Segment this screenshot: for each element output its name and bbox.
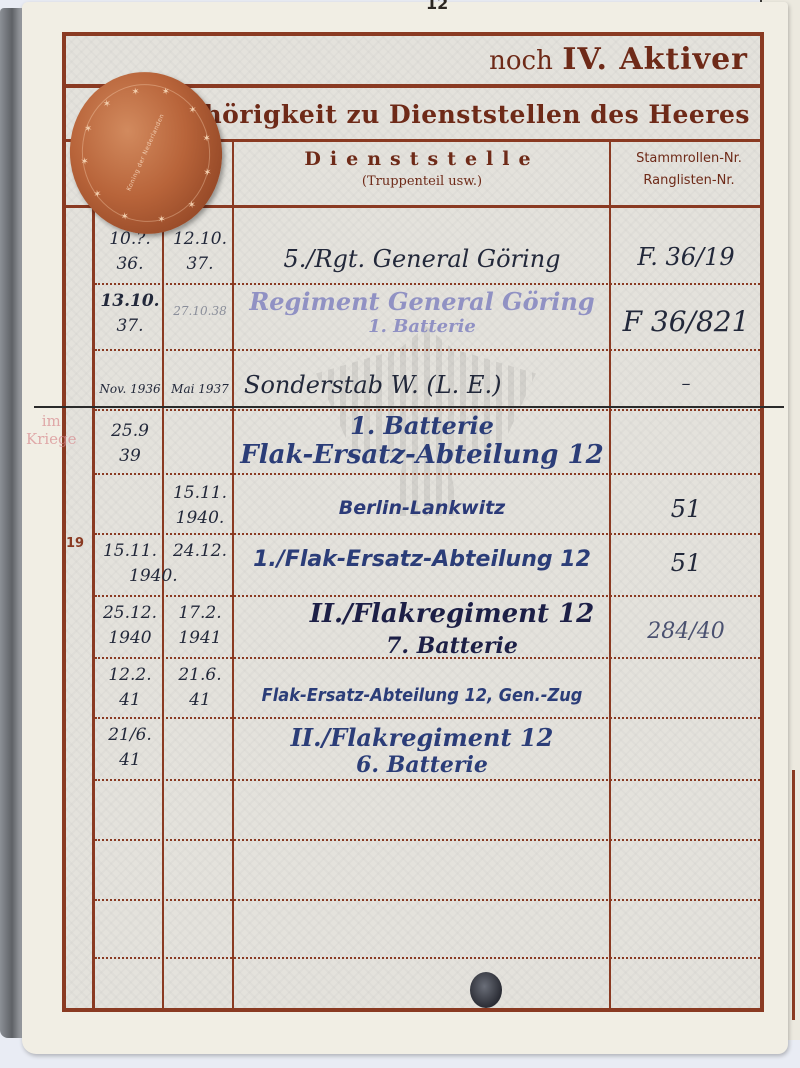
adjacent-page-frame-line (792, 770, 795, 1020)
table-row: 25.12. 1940 17.2. 1941 II./Flakregiment … (95, 597, 760, 659)
stamp-batterie: 7. Batterie (296, 633, 608, 659)
from-date: 12.2. 41 (99, 659, 161, 717)
header-dienststelle-label: Dienststelle (236, 148, 608, 170)
coin-star-icon: ✶ (93, 189, 103, 201)
nr-value: F. 36/19 (637, 243, 734, 271)
coin-star-icon: ✶ (120, 211, 130, 223)
from-date-line1: 12.2. (99, 663, 161, 688)
war-stamp-line2: Kriege (26, 430, 77, 448)
stammrollen-nr (611, 659, 761, 717)
to-date: 24.12. (169, 535, 231, 595)
from-date-line2: 41 (99, 748, 161, 773)
stammrollen-nr (611, 411, 761, 473)
section-title-main: IV. Aktiver (562, 42, 748, 77)
coin-star-icon: ✶ (203, 167, 213, 179)
page-number: 12 (426, 0, 448, 13)
stammrollen-nr: F. 36/19 (611, 211, 761, 283)
from-date: 25.9 39 (99, 411, 161, 473)
section-title: noch IV. Aktiver (489, 42, 748, 77)
dienststelle-handwritten: 5./Rgt. General Göring (236, 245, 608, 273)
from-date-line2: 41 (99, 688, 161, 713)
table-row-empty (95, 901, 760, 959)
stamp-batterie: 1. Batterie (236, 411, 608, 440)
header-dienststelle-sublabel: (Truppenteil usw.) (236, 174, 608, 189)
stamp-regiment: II./Flakregiment 12 (296, 599, 608, 629)
dienststelle-stamp: Regiment General Göring 1. Batterie (236, 285, 608, 349)
stamp-abteilung: 1./Flak-Ersatz-Abteilung 12 (236, 547, 608, 572)
ruled-pencil-line (34, 406, 784, 408)
from-date-line1: Nov. 1936 (99, 377, 161, 402)
stamp-batterie: 6. Batterie (236, 752, 608, 778)
from-date-line2: 36. (99, 252, 161, 277)
section-subtitle: hörigkeit zu Dienststellen des Heeres (204, 100, 751, 129)
dienststelle-stamp: 1. Batterie Flak-Ersatz-Abteilung 12 (236, 411, 608, 473)
from-date-line1: 21/6. (99, 723, 161, 748)
stamp-abteilung-zug: Flak-Ersatz-Abteilung 12, Gen.-Zug (236, 685, 608, 706)
from-date-line2: 37. (99, 314, 161, 339)
dienststelle-stamp: Berlin-Lankwitz (236, 475, 608, 533)
table-row: 21/6. 41 II./Flakregiment 12 6. Batterie (95, 719, 760, 781)
table-row: 25.9 39 1. Batterie Flak-Ersatz-Abteilun… (95, 411, 760, 475)
coin-star-icon: ✶ (102, 98, 112, 110)
to-date-line1: 15.11. (169, 481, 231, 506)
from-date-line1: 13.10. (99, 289, 161, 314)
stammrollen-nr: F 36/821 (611, 285, 761, 349)
from-date-line1: 15.11. (99, 539, 161, 564)
dienststelle-handwritten: Sonderstab W. (L. E.) (244, 371, 608, 399)
punch-hole (470, 972, 502, 1008)
table-row: 10.?. 36. 12.10. 37. 5./Rgt. General Gör… (95, 211, 760, 285)
to-date (169, 719, 231, 779)
table-row: 15.11. 1940. 24.12. 1./Flak-Ersatz-Abtei… (95, 535, 760, 597)
to-date-line2: 41 (169, 688, 231, 713)
stammrollen-nr: 51 (611, 475, 761, 533)
to-date-line1: 17.2. (169, 601, 231, 626)
coin-star-icon: ✶ (157, 214, 167, 226)
dienststelle-stamp: II./Flakregiment 12 7. Batterie (236, 597, 608, 657)
nr-value: F 36/821 (623, 305, 750, 338)
from-date: 13.10. 37. (99, 285, 161, 349)
to-date-line2: 1941 (169, 626, 231, 651)
nr-value: 51 (671, 549, 702, 577)
war-stamp-line1: im (26, 412, 77, 430)
table-row-empty (95, 781, 760, 841)
stamp-batterie: 1. Batterie (236, 316, 608, 337)
coin-star-icon: ✶ (83, 123, 93, 135)
table-row: Nov. 1936 Mai 1937 Sonderstab W. (L. E.)… (95, 351, 760, 411)
margin-year-marker: 19 (66, 536, 84, 551)
to-date: 27.10.38 (169, 285, 231, 349)
header-number: Stammrollen-Nr. Ranglisten-Nr. (614, 148, 764, 192)
to-date-line1: 21.6. (169, 663, 231, 688)
header-stammrollen-label: Stammrollen-Nr. (614, 148, 764, 170)
to-date-line2: 37. (169, 252, 231, 277)
from-date: 25.12. 1940 (99, 597, 161, 657)
to-date-line1: Mai 1937 (169, 377, 231, 402)
coin-star-icon: ✶ (188, 105, 198, 117)
from-date (99, 475, 161, 533)
war-time-stamp: im Kriege (26, 412, 77, 448)
stammrollen-nr: 51 (611, 535, 761, 595)
stamp-location: Berlin-Lankwitz (236, 497, 608, 519)
table-row: 15.11. 1940. Berlin-Lankwitz 51 (95, 475, 760, 535)
to-date-line2: 1940. (169, 506, 231, 531)
from-date-line1: 25.9 (99, 419, 161, 444)
nr-value: 284/40 (647, 619, 724, 644)
table-row: 13.10. 37. 27.10.38 Regiment General Gör… (95, 285, 760, 351)
nr-value: 51 (671, 495, 702, 523)
from-date-line2: 1940 (99, 626, 161, 651)
stammrollen-nr: – (611, 351, 761, 409)
stammrollen-nr (611, 719, 761, 779)
coin-star-icon: ✶ (187, 200, 197, 212)
dienststelle-stamp: 1./Flak-Ersatz-Abteilung 12 (236, 535, 608, 595)
to-date-line1: 24.12. (169, 539, 231, 564)
dienststelle-entry: Sonderstab W. (L. E.) (236, 351, 608, 409)
from-date-line2: 1940. (99, 564, 161, 589)
header-ranglisten-label: Ranglisten-Nr. (614, 170, 764, 192)
dienststelle-stamp: II./Flakregiment 12 6. Batterie (236, 719, 608, 779)
from-date: 15.11. 1940. (99, 535, 161, 595)
coin-star-icon: ✶ (161, 86, 171, 98)
stamp-abteilung: Flak-Ersatz-Abteilung 12 (236, 440, 608, 470)
coin-star-icon: ✶ (80, 156, 90, 168)
section-title-prefix: noch (489, 46, 553, 76)
to-date: 17.2. 1941 (169, 597, 231, 657)
from-date: 21/6. 41 (99, 719, 161, 779)
nr-value: – (682, 373, 691, 394)
to-date: Mai 1937 (169, 351, 231, 409)
table-row-empty (95, 841, 760, 901)
coin-star-icon: ✶ (131, 86, 141, 98)
table-row: 12.2. 41 21.6. 41 Flak-Ersatz-Abteilung … (95, 659, 760, 719)
to-date: 21.6. 41 (169, 659, 231, 717)
dienststelle-entry: 5./Rgt. General Göring (236, 211, 608, 283)
stamp-regiment: Regiment General Göring (236, 287, 608, 316)
to-date (169, 411, 231, 473)
to-date-line2: 27.10.38 (169, 299, 231, 324)
to-date: 15.11. 1940. (169, 475, 231, 533)
stammrollen-nr: 284/40 (611, 597, 761, 657)
dienststelle-stamp: Flak-Ersatz-Abteilung 12, Gen.-Zug (236, 659, 608, 717)
to-date-line1: 12.10. (169, 227, 231, 252)
stamp-regiment: II./Flakregiment 12 (236, 723, 608, 752)
from-date-line2: 39 (99, 444, 161, 469)
from-date: Nov. 1936 (99, 351, 161, 409)
header-dienststelle: Dienststelle (Truppenteil usw.) (236, 148, 608, 189)
coin-star-icon: ✶ (202, 133, 212, 145)
from-date-line1: 25.12. (99, 601, 161, 626)
